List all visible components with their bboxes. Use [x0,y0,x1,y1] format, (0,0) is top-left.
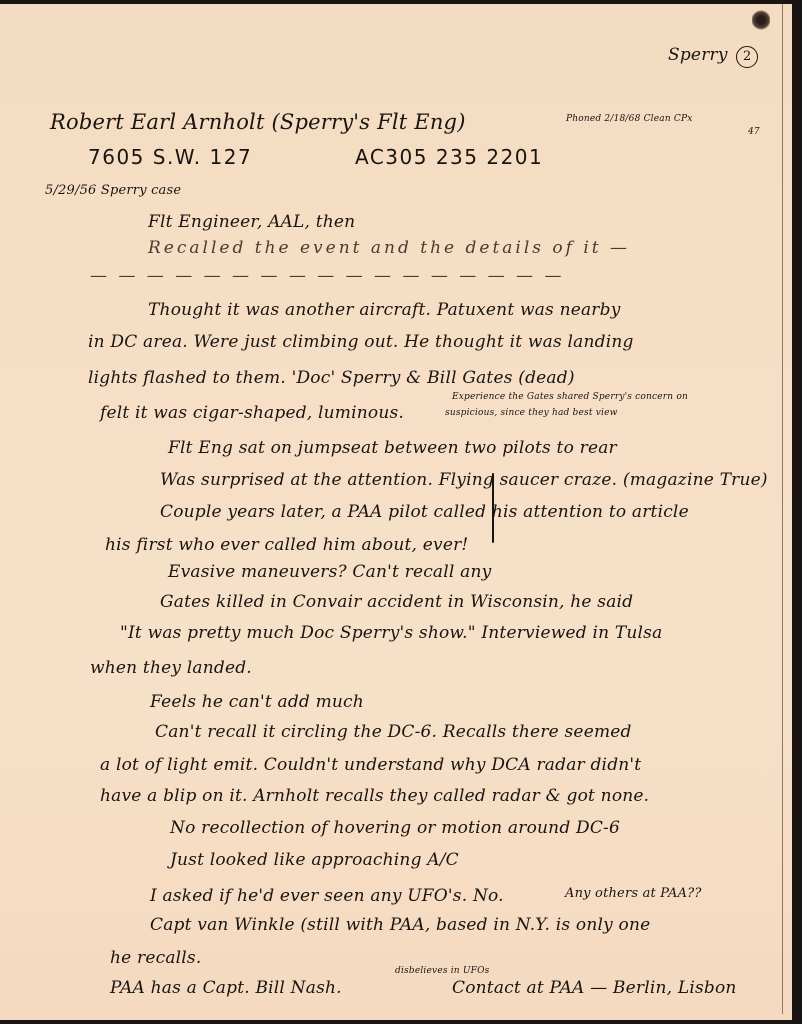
text-line: he recalls. [110,948,201,968]
page-number-circle: 2 [736,46,758,68]
text-line: Evasive maneuvers? Can't recall any [168,562,491,582]
text-line: Gates killed in Convair accident in Wisc… [160,592,633,612]
text-line: Capt van Winkle (still with PAA, based i… [150,915,650,935]
page-edge-line [782,4,783,1014]
text-line: No recollection of hovering or motion ar… [170,818,620,838]
phone-number: AC305 235 2201 [355,145,543,169]
text-line: have a blip on it. Arnholt recalls they … [100,786,649,806]
text-line: Couple years later, a PAA pilot called h… [160,502,689,522]
text-line: in DC area. Were just climbing out. He t… [88,332,634,352]
margin-note: Experience the Gates shared Sperry's con… [452,392,688,402]
text-line: lights flashed to them. 'Doc' Sperry & B… [88,368,575,388]
text-line: Feels he can't add much [150,692,364,712]
text-line: when they landed. [90,658,252,678]
contact-name: Robert Earl Arnholt (Sperry's Flt Eng) [50,110,466,134]
text-line: Thought it was another aircraft. Patuxen… [148,300,621,320]
page-tag: Sperry 2 [668,45,758,68]
text-line: Contact at PAA — Berlin, Lisbon [452,978,737,998]
phone-note-sub: 47 [748,127,760,137]
text-line: "It was pretty much Doc Sperry's show." … [120,623,662,643]
text-line-faded: — — — — — — — — — — — — — — — — — [90,266,564,286]
text-line: his first who ever called him about, eve… [105,535,468,555]
margin-note: disbelieves in UFOs [395,966,489,976]
text-line-faded: Recalled the event and the details of it… [148,238,630,258]
text-line: felt it was cigar-shaped, luminous. [100,403,404,423]
text-line: Flt Eng sat on jumpseat between two pilo… [168,438,617,458]
margin-note: suspicious, since they had best view [445,408,618,418]
address: 7605 S.W. 127 [88,145,252,169]
text-line: Was surprised at the attention. Flying s… [160,470,768,490]
phone-note: Phoned 2/18/68 Clean CPx [566,114,693,124]
text-line: PAA has a Capt. Bill Nash. [110,978,342,998]
margin-note: Any others at PAA?? [565,886,702,901]
text-line: a lot of light emit. Couldn't understand… [100,755,641,775]
text-line: I asked if he'd ever seen any UFO's. No. [150,886,504,906]
text-line: Just looked like approaching A/C [170,850,459,870]
ink-stain [752,10,770,30]
page-tag-label: Sperry [668,45,728,65]
text-line: Flt Engineer, AAL, then [148,212,355,232]
date-line: 5/29/56 Sperry case [45,183,181,198]
text-line: Can't recall it circling the DC-6. Recal… [155,722,632,742]
